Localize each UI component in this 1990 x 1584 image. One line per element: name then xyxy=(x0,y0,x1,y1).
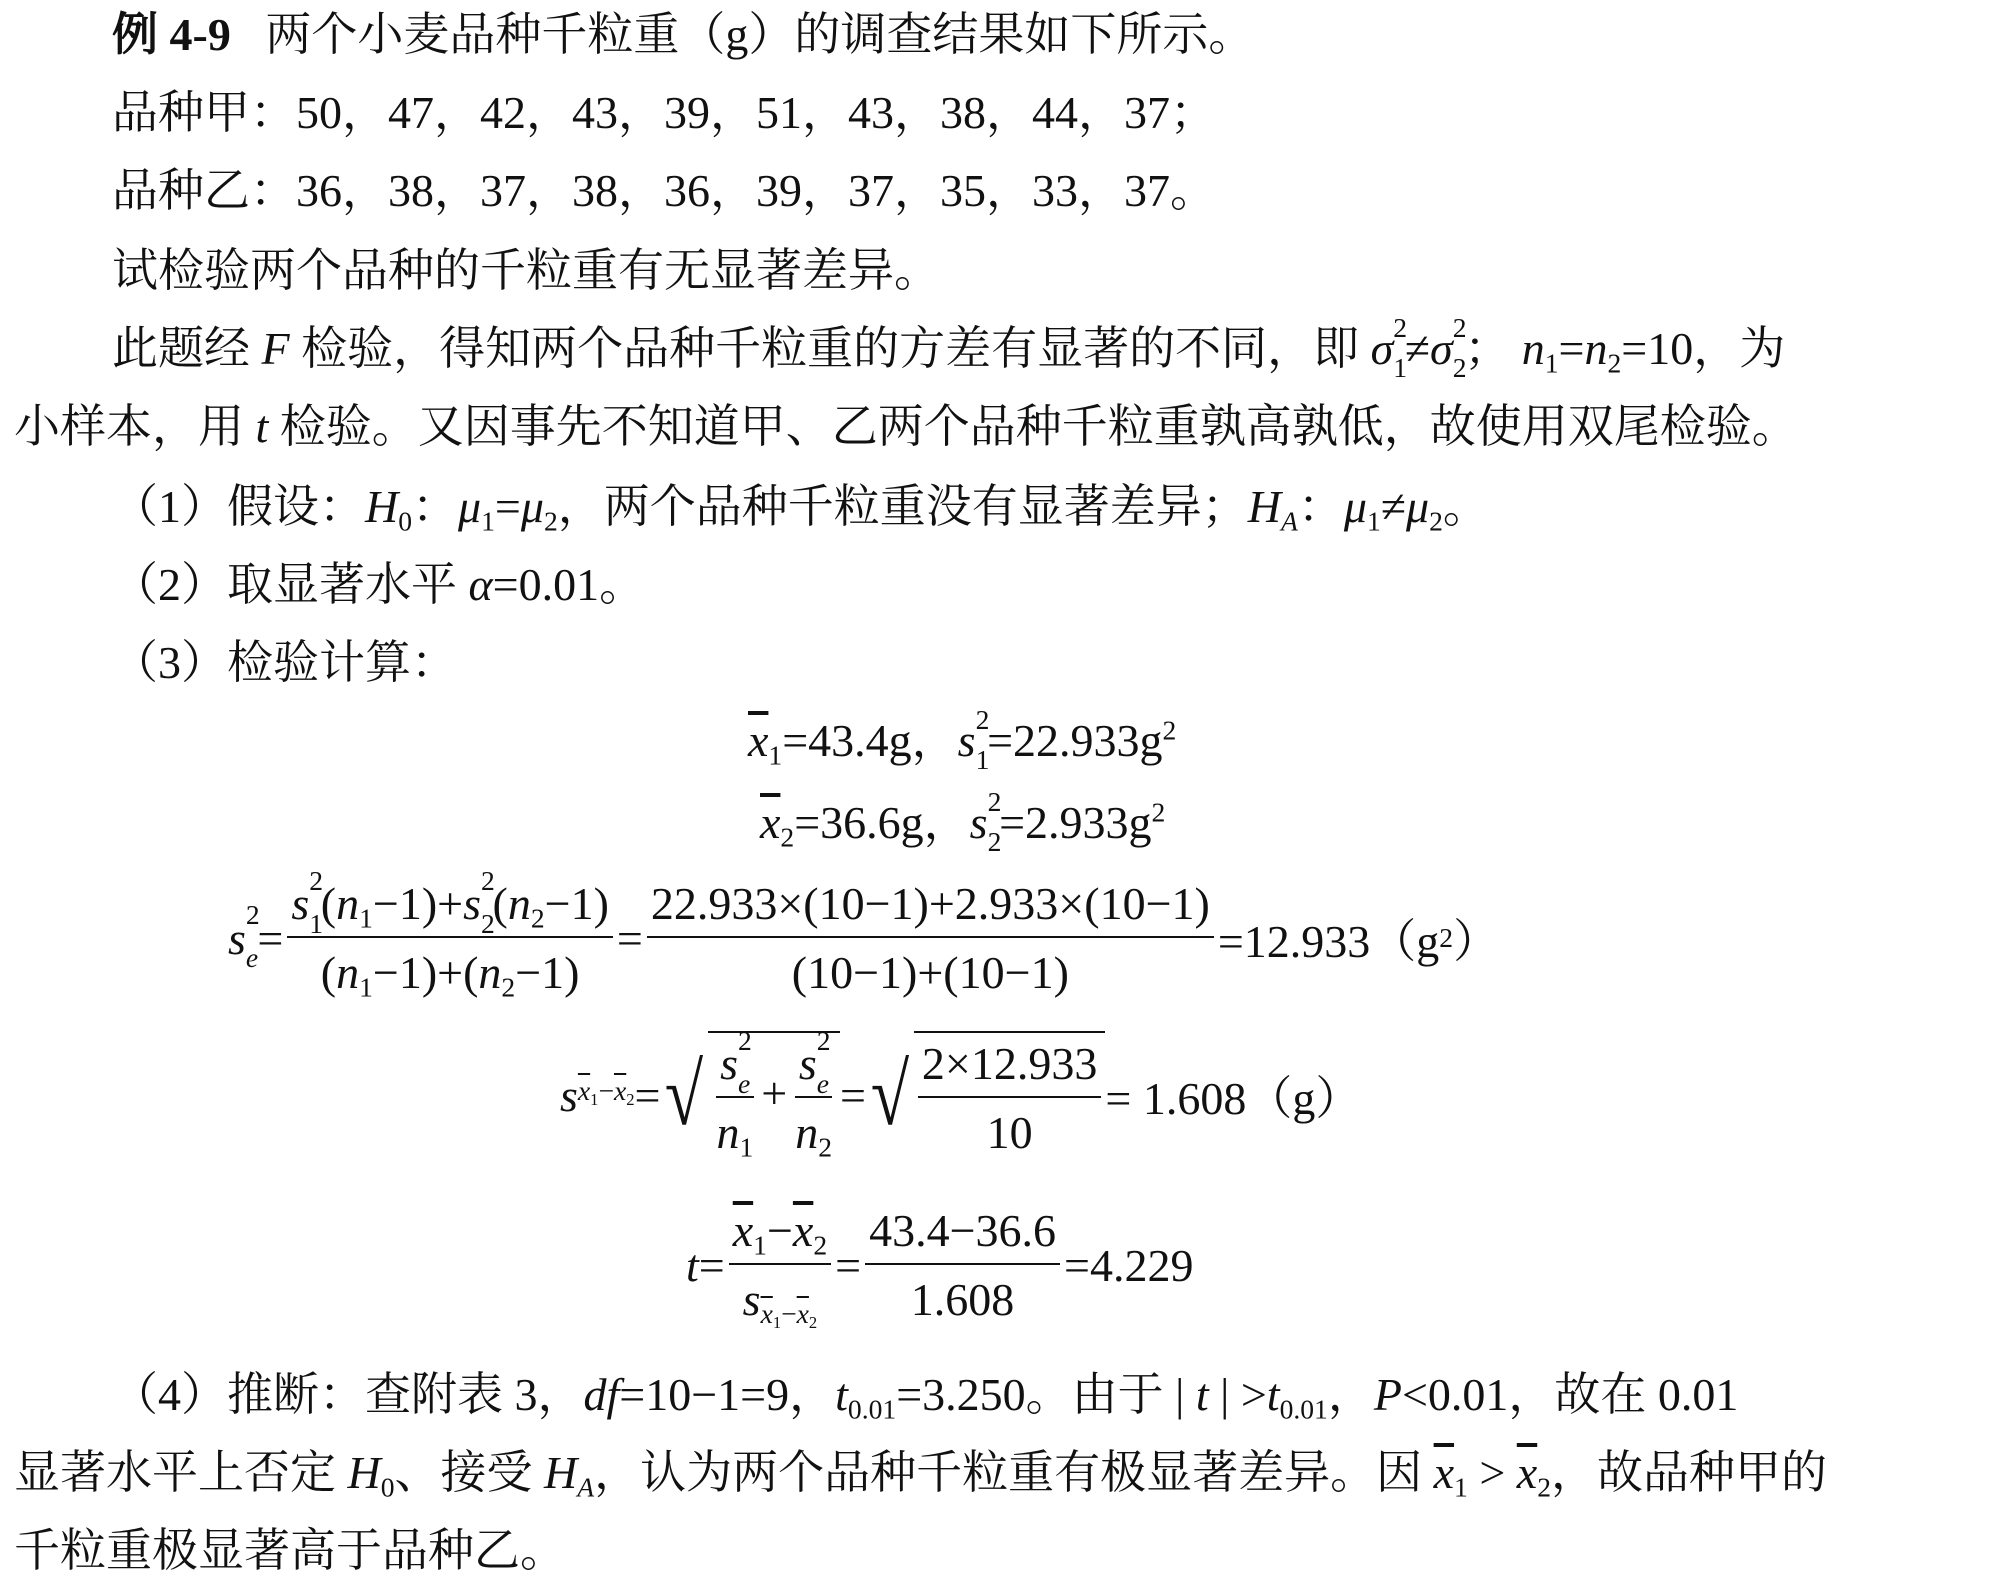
mean-var-2: x2=36.6g，s 22=2.933g2 xyxy=(760,800,1165,846)
step-3-label: （3）检验计算： xyxy=(112,640,457,686)
denominator: 1.608 xyxy=(907,1265,1019,1326)
t-statistic-formula: t= x1−x2sx1−x2= 43.4−36.61.608 =4.229 xyxy=(686,1200,1193,1330)
sigma2-scripts: 22 xyxy=(1453,326,1465,372)
text: 。 xyxy=(1443,481,1489,532)
text: =10−1=9， xyxy=(619,1369,835,1420)
text: 检验。又因事先不知道甲、乙两个品种千粒重孰高孰低，故使用双尾检验。 xyxy=(280,401,1798,452)
text: =10，为 xyxy=(1621,323,1785,374)
intro-paragraph-line2: 小样本，用 t 检验。又因事先不知道甲、乙两个品种千粒重孰高孰低，故使用双尾检验… xyxy=(14,404,1798,450)
mean-var-1: x1=43.4g，s 21=22.933g2 xyxy=(748,718,1176,764)
numerator: 22.933×(10−1)+2.933×(10−1) xyxy=(647,877,1214,938)
denominator: 10 xyxy=(983,1098,1037,1159)
text: =36.6g， xyxy=(794,797,969,848)
conclusion-line3: 千粒重极显著高于品种乙。 xyxy=(14,1528,566,1574)
pooled-variance-formula: s 2e= s 21(n1−1)+s 22(n2−1) (n1−1)+(n2−1… xyxy=(228,878,1499,998)
step-2-alpha: （2）取显著水平 α=0.01。 xyxy=(112,562,645,608)
denominator: (10−1)+(10−1) xyxy=(788,938,1073,999)
pooled-result: =12.933（g xyxy=(1218,905,1439,971)
variety-a-values: 50，47，42，43，39，51，43，38，44，37； xyxy=(296,87,1216,138)
question: 试检验两个品种的千粒重有无显著差异。 xyxy=(112,248,940,294)
intro-paragraph-line1: 此题经 F 检验，得知两个品种千粒重的方差有显著的不同，即 σ 21≠σ 22；… xyxy=(112,326,1785,372)
t-result: =4.229 xyxy=(1064,1239,1193,1292)
text: 、接受 xyxy=(395,1447,533,1498)
text: 此题经 xyxy=(112,323,250,374)
sqrt-symbolic: √ s 2en1+s 2en2 xyxy=(660,1031,840,1159)
variety-b-label: 品种乙： xyxy=(112,165,296,216)
conclusion-line1: （4）推断：查附表 3，df=10−1=9，t0.01=3.250。由于 | t… xyxy=(112,1372,1738,1418)
text: =0.01。 xyxy=(493,559,645,610)
text: ，两个品种千粒重没有显著差异； xyxy=(558,481,1248,532)
text: ，认为两个品种千粒重有极显著差异。因 xyxy=(594,1447,1422,1498)
variety-b-data: 品种乙：36，38，37，38，36，39，37，35，33，37。 xyxy=(112,168,1216,214)
se-result: = 1.608（g） xyxy=(1105,1062,1361,1128)
text: ， xyxy=(1328,1369,1374,1420)
example-label: 例 4-9 xyxy=(112,9,231,60)
text: =3.250。由于 | xyxy=(896,1369,1184,1420)
text: ； xyxy=(1464,323,1510,374)
conclusion-line2: 显著水平上否定 H0、接受 HA，认为两个品种千粒重有极显著差异。因 x1 > … xyxy=(14,1450,1827,1496)
text: <0.01，故在 0.01 xyxy=(1402,1369,1738,1420)
f-symbol: F xyxy=(262,323,290,374)
numerator: 2×12.933 xyxy=(918,1037,1101,1098)
pooled-fraction-numeric: 22.933×(10−1)+2.933×(10−1) (10−1)+(10−1) xyxy=(647,877,1214,999)
text: ，故品种甲的 xyxy=(1551,1447,1827,1498)
standard-error-formula: sx1−x2= √ s 2en1+s 2en2 = √ 2×12.93310 =… xyxy=(560,1030,1361,1160)
text: 检验，得知两个品种千粒重的方差有显著的不同，即 xyxy=(301,323,1359,374)
text: （1）假设： xyxy=(112,481,365,532)
sigma1-scripts: 21 xyxy=(1393,326,1405,372)
variety-a-data: 品种甲：50，47，42，43，39，51，43，38，44，37； xyxy=(112,90,1216,136)
variety-a-label: 品种甲： xyxy=(112,87,296,138)
step-1-hypothesis: （1）假设：H0：μ1=μ2，两个品种千粒重没有显著差异；HA：μ1≠μ2。 xyxy=(112,484,1489,530)
pooled-fraction-symbolic: s 21(n1−1)+s 22(n2−1) (n1−1)+(n2−1) xyxy=(287,877,613,999)
text: =2.933g xyxy=(999,797,1151,848)
example-title: 两个小麦品种千粒重（g）的调查结果如下所示。 xyxy=(265,9,1254,60)
text: =22.933g xyxy=(987,715,1162,766)
numerator: 43.4−36.6 xyxy=(865,1204,1060,1265)
text: | > xyxy=(1220,1369,1267,1420)
variety-b-values: 36，38，37，38，36，39，37，35，33，37。 xyxy=(296,165,1216,216)
text: （2）取显著水平 xyxy=(112,559,457,610)
text: 显著水平上否定 xyxy=(14,1447,336,1498)
text: =43.4g， xyxy=(782,715,957,766)
t-symbol: t xyxy=(256,401,269,452)
text: 小样本，用 xyxy=(14,401,244,452)
example-heading: 例 4-9 两个小麦品种千粒重（g）的调查结果如下所示。 xyxy=(112,12,1254,58)
sqrt-numeric: √ 2×12.93310 xyxy=(866,1031,1105,1159)
text: （4）推断：查附表 3， xyxy=(112,1369,584,1420)
